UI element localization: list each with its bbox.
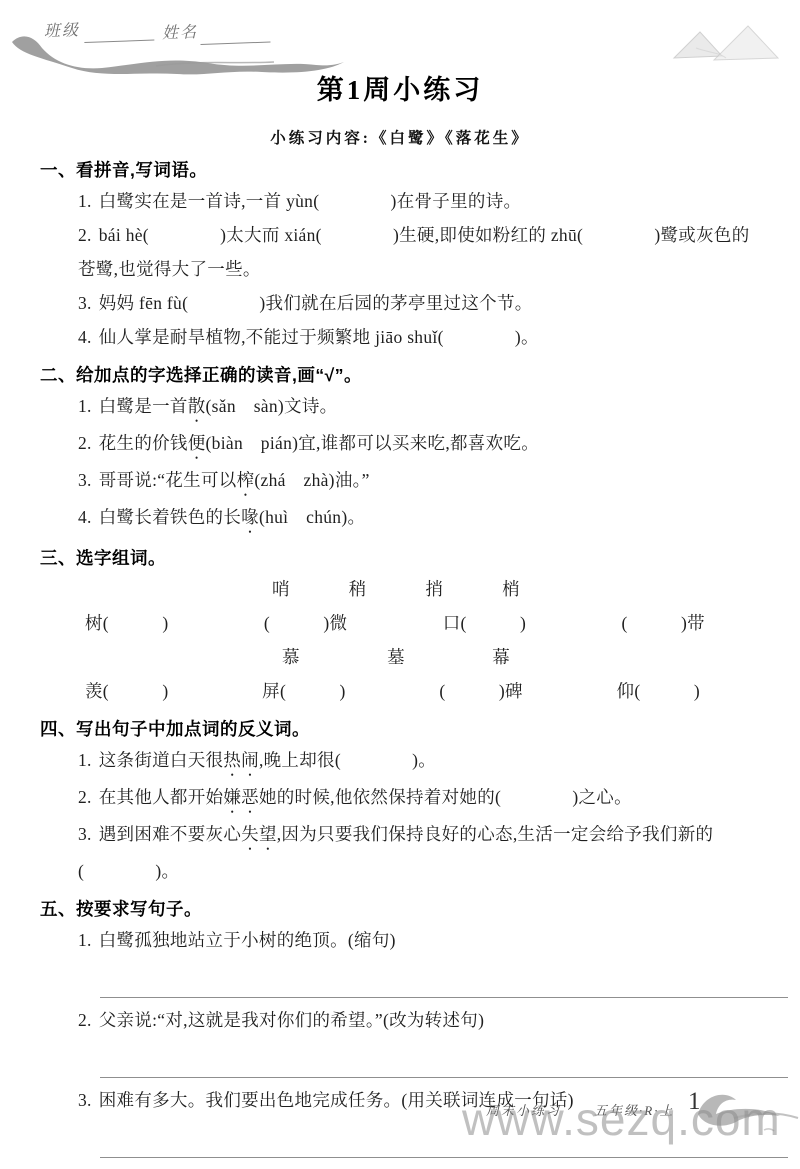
word-blanks-row: 树( ) ( )微 口( ) ( )带 — [85, 606, 705, 640]
exercise-item: 1.白鹭实在是一首诗,一首 yùn( )在骨子里的诗。 — [40, 184, 760, 218]
dotted-word: 热闹 — [223, 750, 259, 770]
item-text: 妈妈 fēn fù( )我们就在后园的茅亭里过这个节。 — [99, 293, 533, 313]
exercise-item: 2.父亲说:“对,这就是我对你们的希望。”(改为转述句) — [40, 1003, 760, 1037]
page-title: 第1周小练习 — [40, 74, 760, 106]
item-text: 她的时候,他依然保持着对她的( )之心。 — [259, 787, 632, 807]
exercise-item: 4.仙人掌是耐旱植物,不能过于频繁地 jiāo shuǐ( )。 — [40, 320, 760, 354]
dotted-character: 榨 — [237, 470, 255, 490]
section-antonyms: 四、写出句子中加点词的反义词。 1.这条街道白天很热闹,晚上却很( )。 2.在… — [40, 715, 760, 888]
word-blanks-row: 羡( ) 屏( ) ( )碑 仰( ) — [85, 674, 700, 708]
item-text: bái hè( )太大而 xián( )生硬,即使如粉红的 zhū( )鹭或灰色… — [78, 225, 750, 279]
item-text: 白鹭孤独地站立于小树的绝顶。(缩句) — [99, 930, 396, 950]
word-blank: ( )带 — [622, 606, 705, 640]
dotted-character: 便 — [188, 433, 206, 453]
item-text: 花生的价钱 — [99, 433, 188, 453]
mountains-illustration — [666, 18, 786, 66]
answer-line[interactable] — [100, 1037, 788, 1078]
char-option: 哨 — [272, 572, 290, 606]
section-5-heading: 五、按要求写句子。 — [40, 895, 760, 923]
exercise-item: 3.遇到困难不要灰心失望,因为只要我们保持良好的心态,生活一定会给予我们新的( … — [40, 817, 760, 888]
item-number: 2. — [78, 1010, 92, 1030]
item-text: 父亲说:“对,这就是我对你们的希望。”(改为转述句) — [99, 1010, 484, 1030]
exercise-item: 2.在其他人都开始嫌恶她的时候,他依然保持着对她的( )之心。 — [40, 780, 760, 817]
item-number: 4. — [78, 327, 92, 347]
item-number: 4. — [78, 507, 92, 527]
item-text: (biàn pián)宜,谁都可以买来吃,都喜欢吃。 — [206, 433, 539, 453]
item-text: 白鹭长着铁色的长 — [99, 507, 241, 527]
exercise-item: 1.这条街道白天很热闹,晚上却很( )。 — [40, 743, 760, 780]
item-text: 白鹭实在是一首诗,一首 yùn( )在骨子里的诗。 — [99, 191, 522, 211]
item-number: 2. — [78, 433, 92, 453]
class-input-line[interactable] — [84, 39, 154, 43]
exercise-item: 1.白鹭孤独地站立于小树的绝顶。(缩句) — [40, 923, 760, 957]
char-option: 稍 — [349, 572, 367, 606]
item-number: 3. — [78, 293, 92, 313]
exercise-item: 2.花生的价钱便(biàn pián)宜,谁都可以买来吃,都喜欢吃。 — [40, 426, 760, 463]
name-label: 姓名 — [162, 19, 199, 43]
item-number: 1. — [78, 750, 92, 770]
page-footer: 周末小练习 五年级·R·上 1 www.sezq.com — [0, 1086, 800, 1169]
word-blank: 树( ) — [85, 606, 168, 640]
dotted-word: 嫌恶 — [223, 787, 259, 807]
worksheet-page: 班级 姓名 第1周小练习 小练习内容:《白鹭》《落花生》 一、看拼音,写词语。 … — [0, 0, 800, 1169]
char-option: 墓 — [387, 640, 405, 674]
section-choose-character: 三、选字组词。 哨 稍 捎 梢 树( ) ( )微 口( ) ( )带 慕 墓 … — [40, 544, 760, 708]
char-option: 幕 — [492, 640, 510, 674]
character-options-row: 哨 稍 捎 梢 — [272, 572, 520, 606]
word-blank: ( )微 — [264, 606, 347, 640]
subtitle: 小练习内容:《白鹭》《落花生》 — [40, 126, 760, 148]
exercise-item: 3.妈妈 fēn fù( )我们就在后园的茅亭里过这个节。 — [40, 286, 760, 320]
dotted-character: 散 — [188, 396, 206, 416]
exercise-item: 4.白鹭长着铁色的长喙(huì chún)。 — [40, 500, 760, 537]
dotted-word: 失望 — [241, 824, 277, 844]
exercise-item: 3.哥哥说:“花生可以榨(zhá zhà)油。” — [40, 463, 760, 500]
exercise-item: 2.bái hè( )太大而 xián( )生硬,即使如粉红的 zhū( )鹭或… — [40, 218, 760, 286]
section-4-heading: 四、写出句子中加点词的反义词。 — [40, 715, 760, 743]
char-option: 慕 — [282, 640, 300, 674]
item-text: 遇到困难不要灰心 — [99, 824, 241, 844]
word-blank: 屏( ) — [262, 674, 345, 708]
watermark: www.sezq.com — [462, 1092, 781, 1146]
name-input-line[interactable] — [200, 41, 270, 45]
item-number: 1. — [78, 191, 92, 211]
character-options-row: 慕 墓 幕 — [282, 640, 510, 674]
item-text: 仙人掌是耐旱植物,不能过于频繁地 jiāo shuǐ( )。 — [99, 327, 539, 347]
item-number: 2. — [78, 787, 92, 807]
word-blank: 羡( ) — [85, 674, 168, 708]
char-option: 捎 — [425, 572, 443, 606]
item-text: (sǎn sàn)文诗。 — [206, 396, 338, 416]
answer-line[interactable] — [100, 957, 788, 998]
item-number: 3. — [78, 470, 92, 490]
item-text: 在其他人都开始 — [99, 787, 224, 807]
item-number: 2. — [78, 225, 92, 245]
item-number: 1. — [78, 930, 92, 950]
word-blank: 口( ) — [443, 606, 526, 640]
dotted-character: 喙 — [241, 507, 259, 527]
class-label: 班级 — [44, 17, 81, 41]
section-3-heading: 三、选字组词。 — [40, 544, 760, 572]
item-text: 白鹭是一首 — [99, 396, 188, 416]
worksheet-body: 第1周小练习 小练习内容:《白鹭》《落花生》 一、看拼音,写词语。 1.白鹭实在… — [0, 74, 800, 1158]
exercise-item: 1.白鹭是一首散(sǎn sàn)文诗。 — [40, 389, 760, 426]
item-number: 1. — [78, 396, 92, 416]
item-text: ,晚上却很( )。 — [259, 750, 436, 770]
item-text: 这条街道白天很 — [99, 750, 224, 770]
word-blank: ( )碑 — [439, 674, 522, 708]
page-header: 班级 姓名 — [0, 0, 800, 66]
item-text: (huì chún)。 — [259, 507, 365, 527]
section-2-heading: 二、给加点的字选择正确的读音,画“√”。 — [40, 361, 760, 389]
item-text: 哥哥说:“花生可以 — [99, 470, 237, 490]
section-choose-pronunciation: 二、给加点的字选择正确的读音,画“√”。 1.白鹭是一首散(sǎn sàn)文诗… — [40, 361, 760, 537]
char-option: 梢 — [502, 572, 520, 606]
item-number: 3. — [78, 824, 92, 844]
item-text: (zhá zhà)油。” — [254, 470, 369, 490]
word-blank: 仰( ) — [617, 674, 700, 708]
section-pinyin-words: 一、看拼音,写词语。 1.白鹭实在是一首诗,一首 yùn( )在骨子里的诗。 2… — [40, 156, 760, 354]
section-1-heading: 一、看拼音,写词语。 — [40, 156, 760, 184]
